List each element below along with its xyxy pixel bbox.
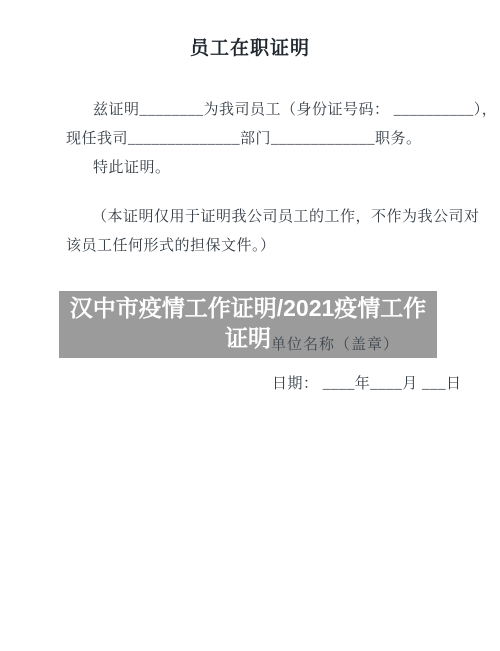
certificate-page: 员工在职证明 兹证明________为我司员工（身份证号码： _________… — [0, 0, 500, 651]
document-title: 员工在职证明 — [0, 33, 500, 60]
body-line-hereby: 特此证明。 — [93, 156, 171, 177]
note-line-1: （本证明仅用于证明我公司员工的工作，不作为我公司对 — [92, 205, 480, 226]
body-line-department: 现任我司______________部门_____________职务。 — [66, 127, 422, 148]
body-line-certify: 兹证明________为我司员工（身份证号码： __________）， — [93, 98, 497, 119]
note-line-2: 该员工任何形式的担保文件。） — [66, 234, 276, 255]
signature-label: 单位名称（盖章） — [271, 333, 399, 354]
headline-title-line-2: 证明 — [225, 325, 271, 351]
date-line: 日期： ____年____月 ___日 — [272, 372, 462, 393]
headline-title-line-1: 汉中市疫情工作证明/2021疫情工作 — [70, 295, 427, 321]
